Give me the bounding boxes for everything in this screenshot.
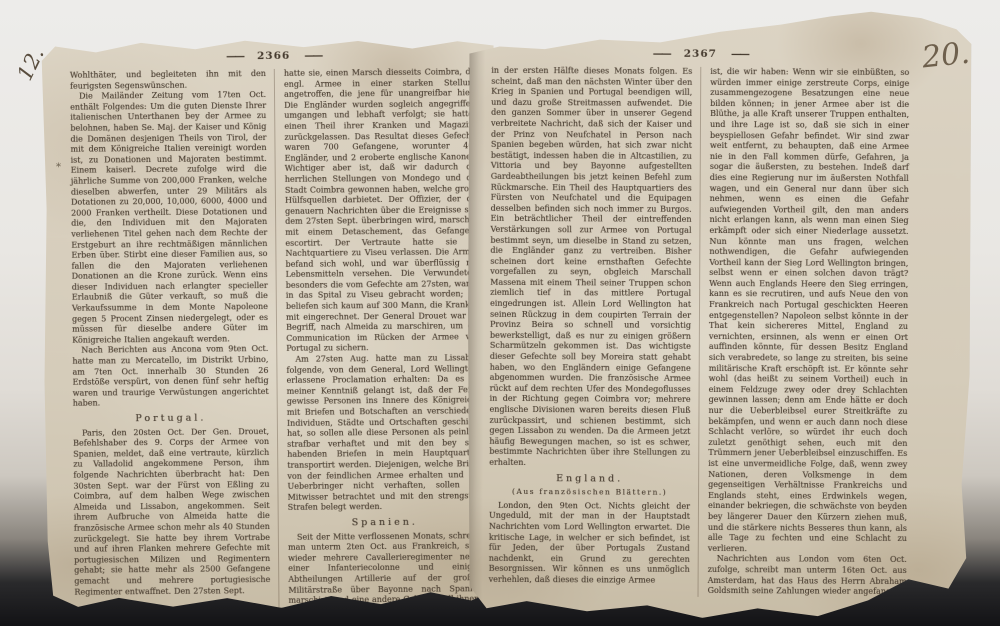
header-rule-icon: ——	[639, 48, 684, 60]
column-1: Wohlthäter, und begleiteten ihn mit den …	[70, 69, 279, 621]
article-paragraph: Wohlthäter, und begleiteten ihn mit den …	[70, 69, 266, 92]
article-paragraph: Nachrichten aus London vom 6ten Oct. zuf…	[708, 554, 907, 597]
page-number-left: ——2366——	[70, 48, 478, 64]
column-4: ist, die wir haben: Wenn wir sie einbüßt…	[698, 67, 910, 598]
section-heading: England.	[489, 473, 690, 485]
page-left-content: ——2366—— Wohlthäter, und begleiteten ihn…	[70, 48, 483, 594]
newspaper-page-left: ——2366—— Wohlthäter, und begleiteten ihn…	[42, 34, 499, 610]
columns-left-page: Wohlthäter, und begleiteten ihn mit den …	[70, 67, 483, 621]
article-paragraph: Die Mailänder Zeitung vom 17ten Oct. ent…	[70, 90, 268, 346]
page-right-content: ——2367—— in der ersten Hälfte dieses Mon…	[489, 47, 910, 593]
article-paragraph: Nach Berichten aus Ancona vom 9ten Oct. …	[72, 344, 269, 409]
section-heading: Spanien.	[288, 517, 482, 529]
catchword: in	[289, 607, 483, 619]
header-rule-icon: ——	[717, 48, 762, 60]
article-paragraph: London, den 9ten Oct. Nichts gleicht der…	[489, 501, 690, 587]
column-3: in der ersten Hälfte dieses Monats folge…	[489, 66, 701, 597]
article-paragraph: hatte sie, einen Marsch diesseits Coimbr…	[284, 67, 480, 355]
column-2: hatte sie, einen Marsch diesseits Coimbr…	[274, 67, 483, 619]
article-paragraph: Am 27sten Aug. hatte man zu Lissabon fol…	[286, 353, 481, 514]
page-number-text: 2366	[257, 50, 290, 62]
section-subheading: (Aus französischen Blättern.)	[489, 487, 690, 499]
header-rule-icon: ——	[212, 50, 257, 62]
margin-ink-mark: *	[56, 162, 61, 173]
page-number-text: 2367	[684, 48, 717, 60]
article-paragraph: Paris, den 20sten Oct. Der Gen. Drouet, …	[73, 427, 270, 598]
article-paragraph: ist, die wir haben: Wenn wir sie einbüßt…	[708, 67, 910, 555]
columns-right-page: in der ersten Hälfte dieses Monats folge…	[489, 66, 910, 598]
handwritten-number-right: 20.	[920, 36, 971, 76]
article-paragraph: Seit der Mitte verflossenen Monats, schr…	[288, 531, 483, 607]
page-number-right: ——2367——	[491, 47, 909, 61]
newspaper-page-right: ——2367—— in der ersten Hälfte dieses Mon…	[466, 5, 971, 620]
section-heading: Portugal.	[73, 413, 269, 425]
photo-of-newspaper: ——2366—— Wohlthäter, und begleiteten ihn…	[0, 0, 1000, 626]
article-paragraph: in der ersten Hälfte dieses Monats folge…	[489, 66, 692, 470]
header-rule-icon: ——	[290, 49, 335, 61]
